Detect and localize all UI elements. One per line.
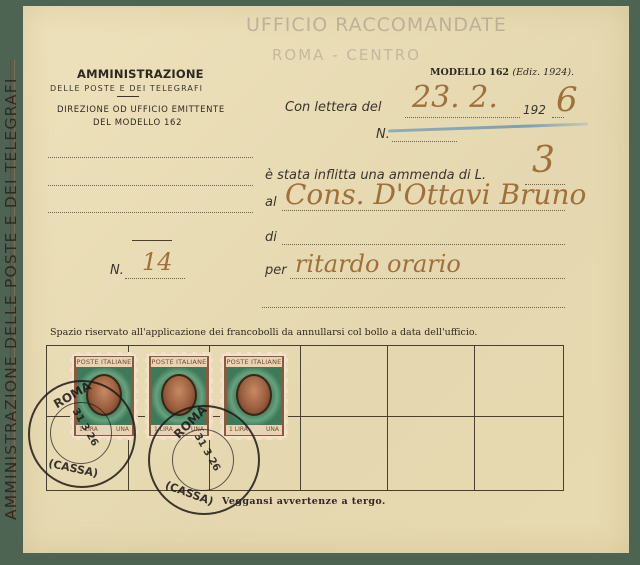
left-number-handwritten: 14 — [142, 248, 173, 276]
to-label: al — [265, 195, 277, 210]
year-prefix: 192 — [523, 103, 546, 117]
letter-label: Con lettera del — [285, 100, 382, 115]
grid-line — [387, 346, 388, 490]
model-number: MODELLO 162 (Ediz. 1924). — [430, 67, 574, 78]
left-number-field[interactable] — [125, 278, 185, 279]
postmark-1: ROMA (CASSA) 31 3 26 — [28, 380, 136, 488]
side-margin-text: AMMINISTRAZIONE DELLE POSTE E DEI TELEGR… — [2, 50, 24, 520]
office-stamp-line2: ROMA - CENTRO — [272, 46, 421, 64]
header-administration: AMMINISTRAZIONE — [77, 67, 204, 81]
header-subtitle: DELLE POSTE E DEI TELEGRAFI — [50, 84, 203, 93]
model-label: MODELLO 162 — [430, 67, 509, 78]
reason-field[interactable] — [290, 278, 565, 279]
left-blank-line — [48, 157, 253, 158]
reason-value-handwritten: ritardo orario — [295, 250, 461, 278]
left-number-label: N. — [110, 263, 124, 278]
letter-date-field[interactable] — [405, 117, 520, 118]
number-field[interactable] — [392, 141, 457, 142]
to-value-handwritten: Cons. D'Ottavi Bruno — [285, 178, 586, 211]
footer-note: Veggansi avvertenze a tergo. — [222, 496, 386, 507]
reason-label: per — [265, 263, 287, 278]
letter-date-handwritten: 23. 2. — [412, 80, 498, 115]
of-label: di — [265, 230, 277, 245]
header-direction-line1: DIREZIONE OD UFFICIO EMITTENTE — [57, 105, 225, 115]
stamp-area-instruction: Spazio riservato all'applicazione dei fr… — [50, 327, 477, 338]
left-blank-line — [48, 212, 253, 213]
extra-blank-line — [262, 307, 565, 308]
fine-amount-handwritten: 3 — [532, 140, 555, 181]
grid-line — [474, 346, 475, 490]
year-suffix-handwritten: 6 — [556, 80, 578, 120]
header-divider — [117, 96, 139, 97]
of-field[interactable] — [282, 244, 565, 245]
header-direction-line2: DEL MODELLO 162 — [93, 118, 182, 128]
left-divider — [132, 240, 172, 241]
office-stamp-line1: UFFICIO RACCOMANDATE — [246, 14, 507, 36]
left-blank-line — [48, 185, 253, 186]
model-edition: (Ediz. 1924). — [512, 67, 574, 78]
grid-line — [300, 346, 301, 490]
king-portrait — [236, 374, 272, 416]
